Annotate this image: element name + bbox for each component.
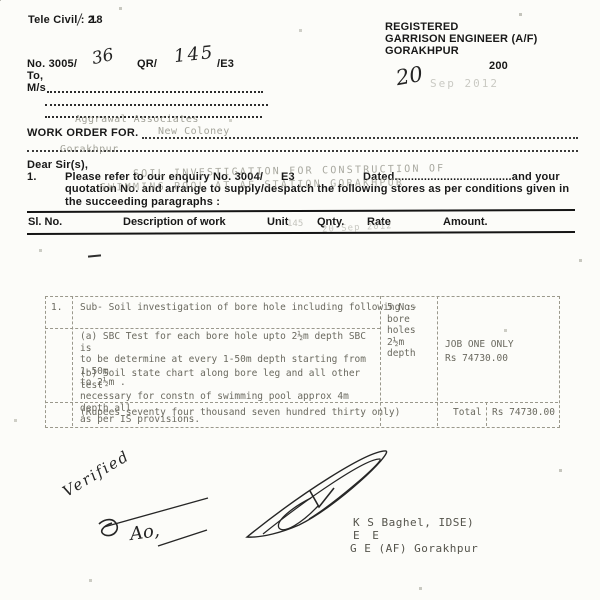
year-printed: 200 <box>489 60 508 72</box>
para-number: 1. <box>27 171 37 183</box>
ms-dotted-line <box>47 91 263 93</box>
table-header-rule-top <box>27 209 575 213</box>
office-name-line1: GARRISON ENGINEER (A/F) <box>385 33 538 45</box>
stray-pen-dash <box>88 254 101 257</box>
address-dotted-line-2 <box>45 104 268 106</box>
scan-noise <box>0 0 1 1</box>
table-row-divider-1 <box>45 328 380 329</box>
date-stamp: Sep 2012 <box>430 77 499 90</box>
contractor-stamp-address: New Coloney <box>158 126 230 137</box>
officer-unit-stamp: G E (AF) Gorakhpur <box>350 542 478 555</box>
handwritten-date-day: 20 <box>394 62 424 90</box>
row-rate-amount-cell: JOB ONE ONLY Rs 74730.00 <box>445 338 514 366</box>
verifier-signature-loop <box>99 520 117 536</box>
verifier-initials-handwriting: Ao, <box>129 520 161 545</box>
col-header-description: Description of work <box>123 216 226 228</box>
row-description-intro: Sub- Soil investigation of bore hole inc… <box>80 302 417 314</box>
table-divider-sl <box>72 296 73 426</box>
officer-designation-stamp: E E <box>353 529 382 542</box>
col-header-sl-no: Sl. No. <box>28 216 62 228</box>
col-header-unit: Unit <box>267 216 288 228</box>
office-name-line2: GORAKHPUR <box>385 45 459 57</box>
header-stamp-number: 145 <box>287 219 303 229</box>
work-order-dotted-line <box>142 137 578 139</box>
table-divider-rate <box>437 296 438 426</box>
registered-label: REGISTERED <box>385 21 459 33</box>
scanned-work-order-document: Tele Civil : 2. 18 REGISTERED GARRISON E… <box>0 0 600 600</box>
officer-name-stamp: K S Baghel, IDSE) <box>353 516 474 529</box>
total-amount: Rs 74730.00 <box>492 407 555 419</box>
ms-label: M/s <box>27 82 46 94</box>
salutation: Dear Sir(s), <box>27 159 88 171</box>
ref-qr-label: QR/ <box>137 58 157 70</box>
work-order-for-label: WORK ORDER FOR. <box>27 127 138 139</box>
handwritten-ref-2: 145 <box>173 42 215 67</box>
officer-signature-loop <box>278 498 318 530</box>
contractor-stamp-city: Gorakhpur <box>60 144 119 155</box>
tele-line-label: Tele Civil : 2. <box>28 14 97 26</box>
total-label: Total <box>453 407 482 419</box>
ref-no-prefix: No. 3005/ <box>27 58 77 70</box>
verified-handwriting: Verified <box>59 447 133 501</box>
to-label: To, <box>27 70 43 82</box>
contractor-stamp-name: Aggrawal Associates <box>75 114 199 125</box>
row-qnty-cell: 5 Nos bore holes 2½m depth <box>387 302 416 360</box>
table-divider-total <box>486 402 487 426</box>
officer-signature-v-mark <box>310 488 334 507</box>
handwritten-ref-1: 36 <box>90 45 115 69</box>
verifier-underline <box>158 530 207 546</box>
col-header-amount: Amount. <box>443 216 488 228</box>
amount-in-words: (Rupees seventy four thousand seven hund… <box>80 407 400 419</box>
tele-number: 18 <box>90 14 103 26</box>
table-header-rule-bottom <box>27 231 575 235</box>
para-line3: the succeeding paragraphs : <box>65 196 220 208</box>
row-sl-no: 1. <box>51 302 62 314</box>
ref-suffix: /E3 <box>217 58 234 70</box>
